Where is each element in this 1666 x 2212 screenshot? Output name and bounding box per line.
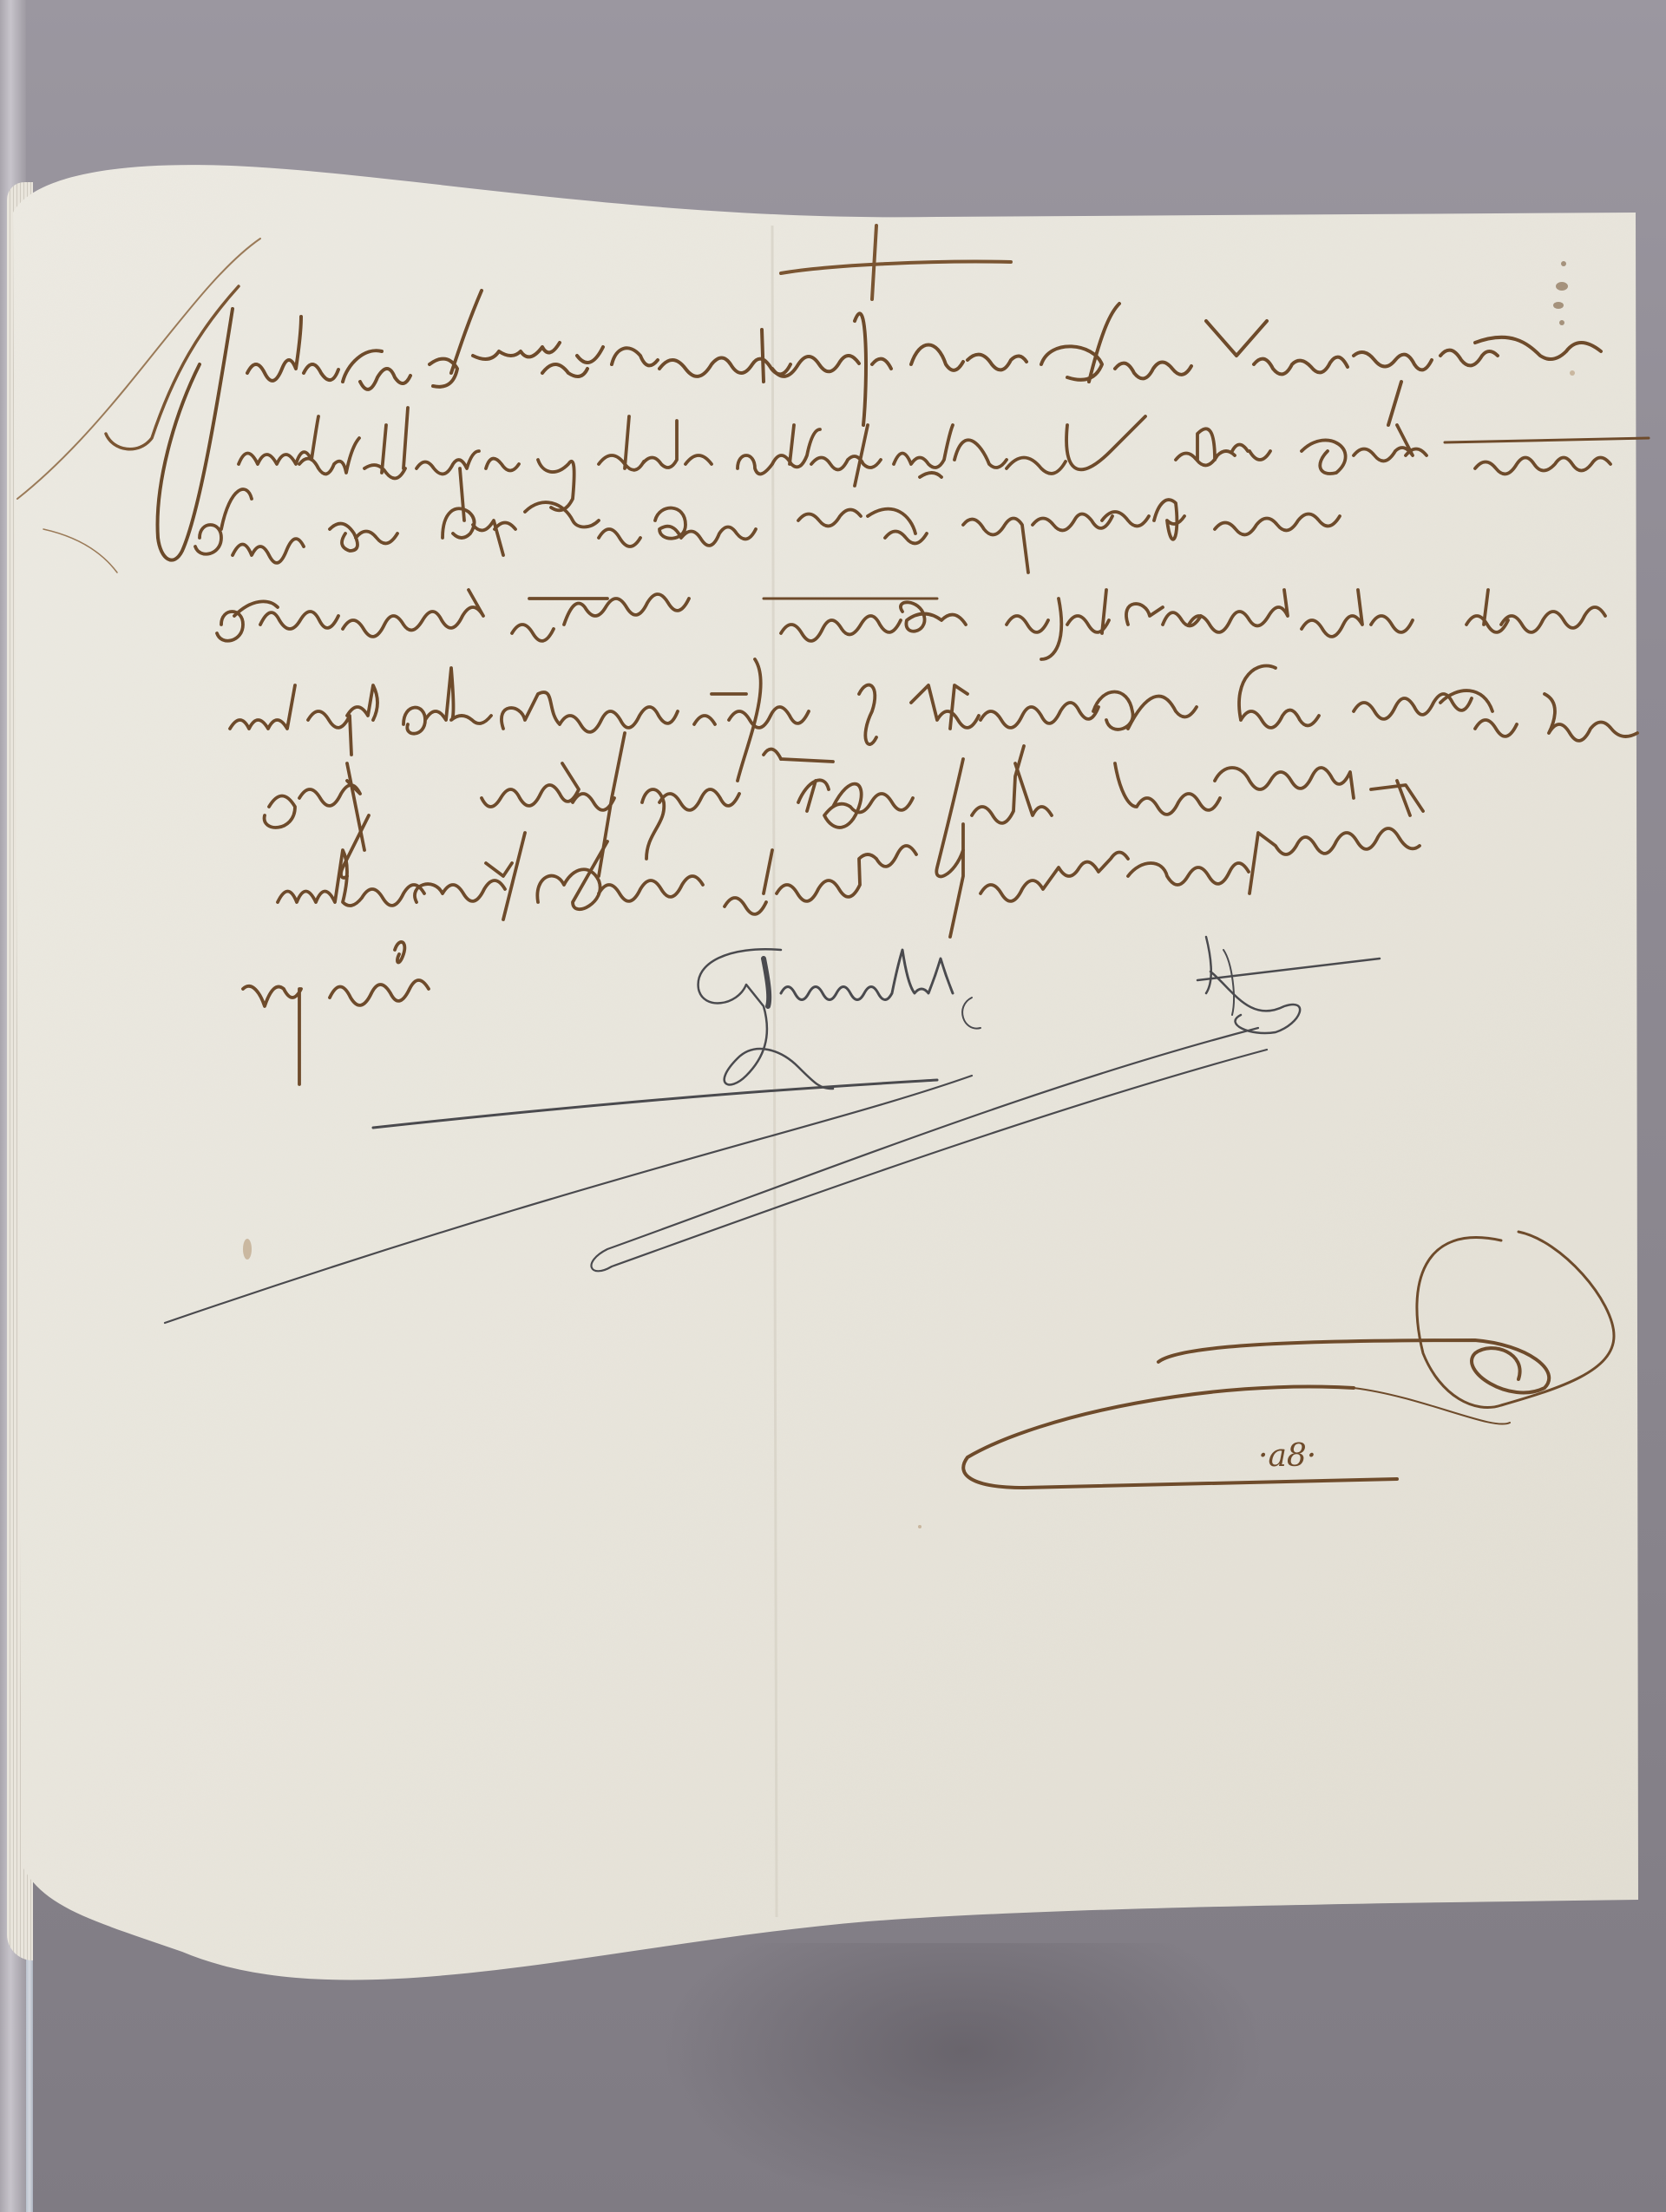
manuscript-page: ·a8· Spalacios Rubios de los del mi Cons… [0, 0, 1666, 2212]
rubric-annotation: ·a8· [1258, 1438, 1316, 1474]
photo-scene: ·a8· Spalacios Rubios de los del mi Cons… [0, 0, 1666, 2212]
manuscript-svg: ·a8· [0, 0, 1666, 2212]
